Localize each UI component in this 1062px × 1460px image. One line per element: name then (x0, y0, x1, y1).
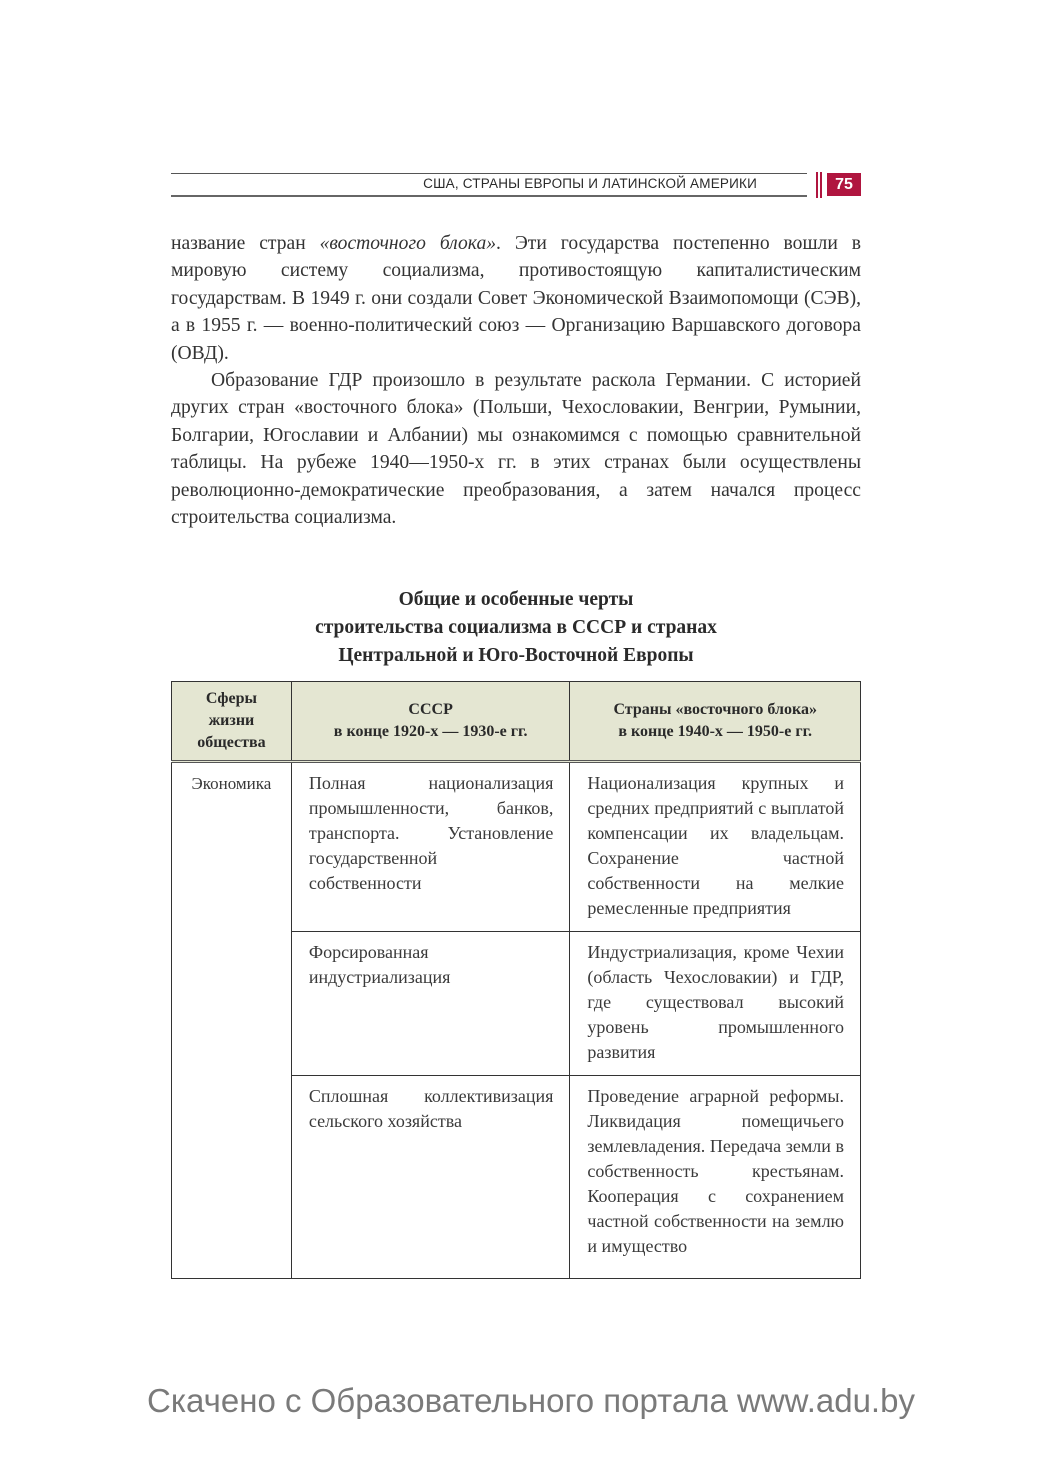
paragraph-1: название стран «восточного блока». Эти г… (171, 230, 861, 367)
comparison-table: Сферы жизни общества СССР в конце 1920-х… (171, 681, 861, 1279)
eastern-bloc-cell: Проведение аграрной реформы. Ликвидация … (570, 1076, 861, 1279)
header-ussr: СССР в конце 1920-х — 1930-е гг. (291, 682, 570, 762)
running-header: США, СТРАНЫ ЕВРОПЫ И ЛАТИНСКОЙ АМЕРИКИ 7… (171, 172, 861, 198)
header-rule-bottom (171, 195, 807, 197)
header-sphere: Сферы жизни общества (172, 682, 292, 762)
emphasis-term: «восточного блока» (320, 233, 496, 254)
eastern-bloc-cell: Индустриализация, кроме Чехии (область Ч… (570, 932, 861, 1076)
download-watermark: Скачено с Образовательного портала www.a… (0, 1382, 1062, 1420)
body-text: название стран «восточного блока». Эти г… (171, 230, 861, 531)
table-header-row: Сферы жизни общества СССР в конце 1920-х… (172, 682, 861, 762)
table-row: Экономика Полная национализация промышле… (172, 762, 861, 932)
eastern-bloc-cell: Национализация крупных и средних предпри… (570, 762, 861, 932)
ussr-cell: Полная национализация промышленности, ба… (291, 762, 570, 932)
chapter-title: США, СТРАНЫ ЕВРОПЫ И ЛАТИНСКОЙ АМЕРИКИ (423, 176, 757, 191)
ussr-cell: Сплошная коллективизация сельского хозяй… (291, 1076, 570, 1279)
header-eastern-bloc: Страны «восточного блока» в конце 1940-х… (570, 682, 861, 762)
page-number-badge: 75 (827, 173, 861, 196)
header-rule-top (171, 173, 807, 174)
header-accent-bars (816, 172, 824, 198)
paragraph-2: Образование ГДР произошло в результате р… (171, 367, 861, 531)
sphere-cell: Экономика (172, 762, 292, 1279)
table-caption: Общие и особенные черты строительства со… (171, 586, 861, 670)
ussr-cell: Форсированная индустриализация (291, 932, 570, 1076)
